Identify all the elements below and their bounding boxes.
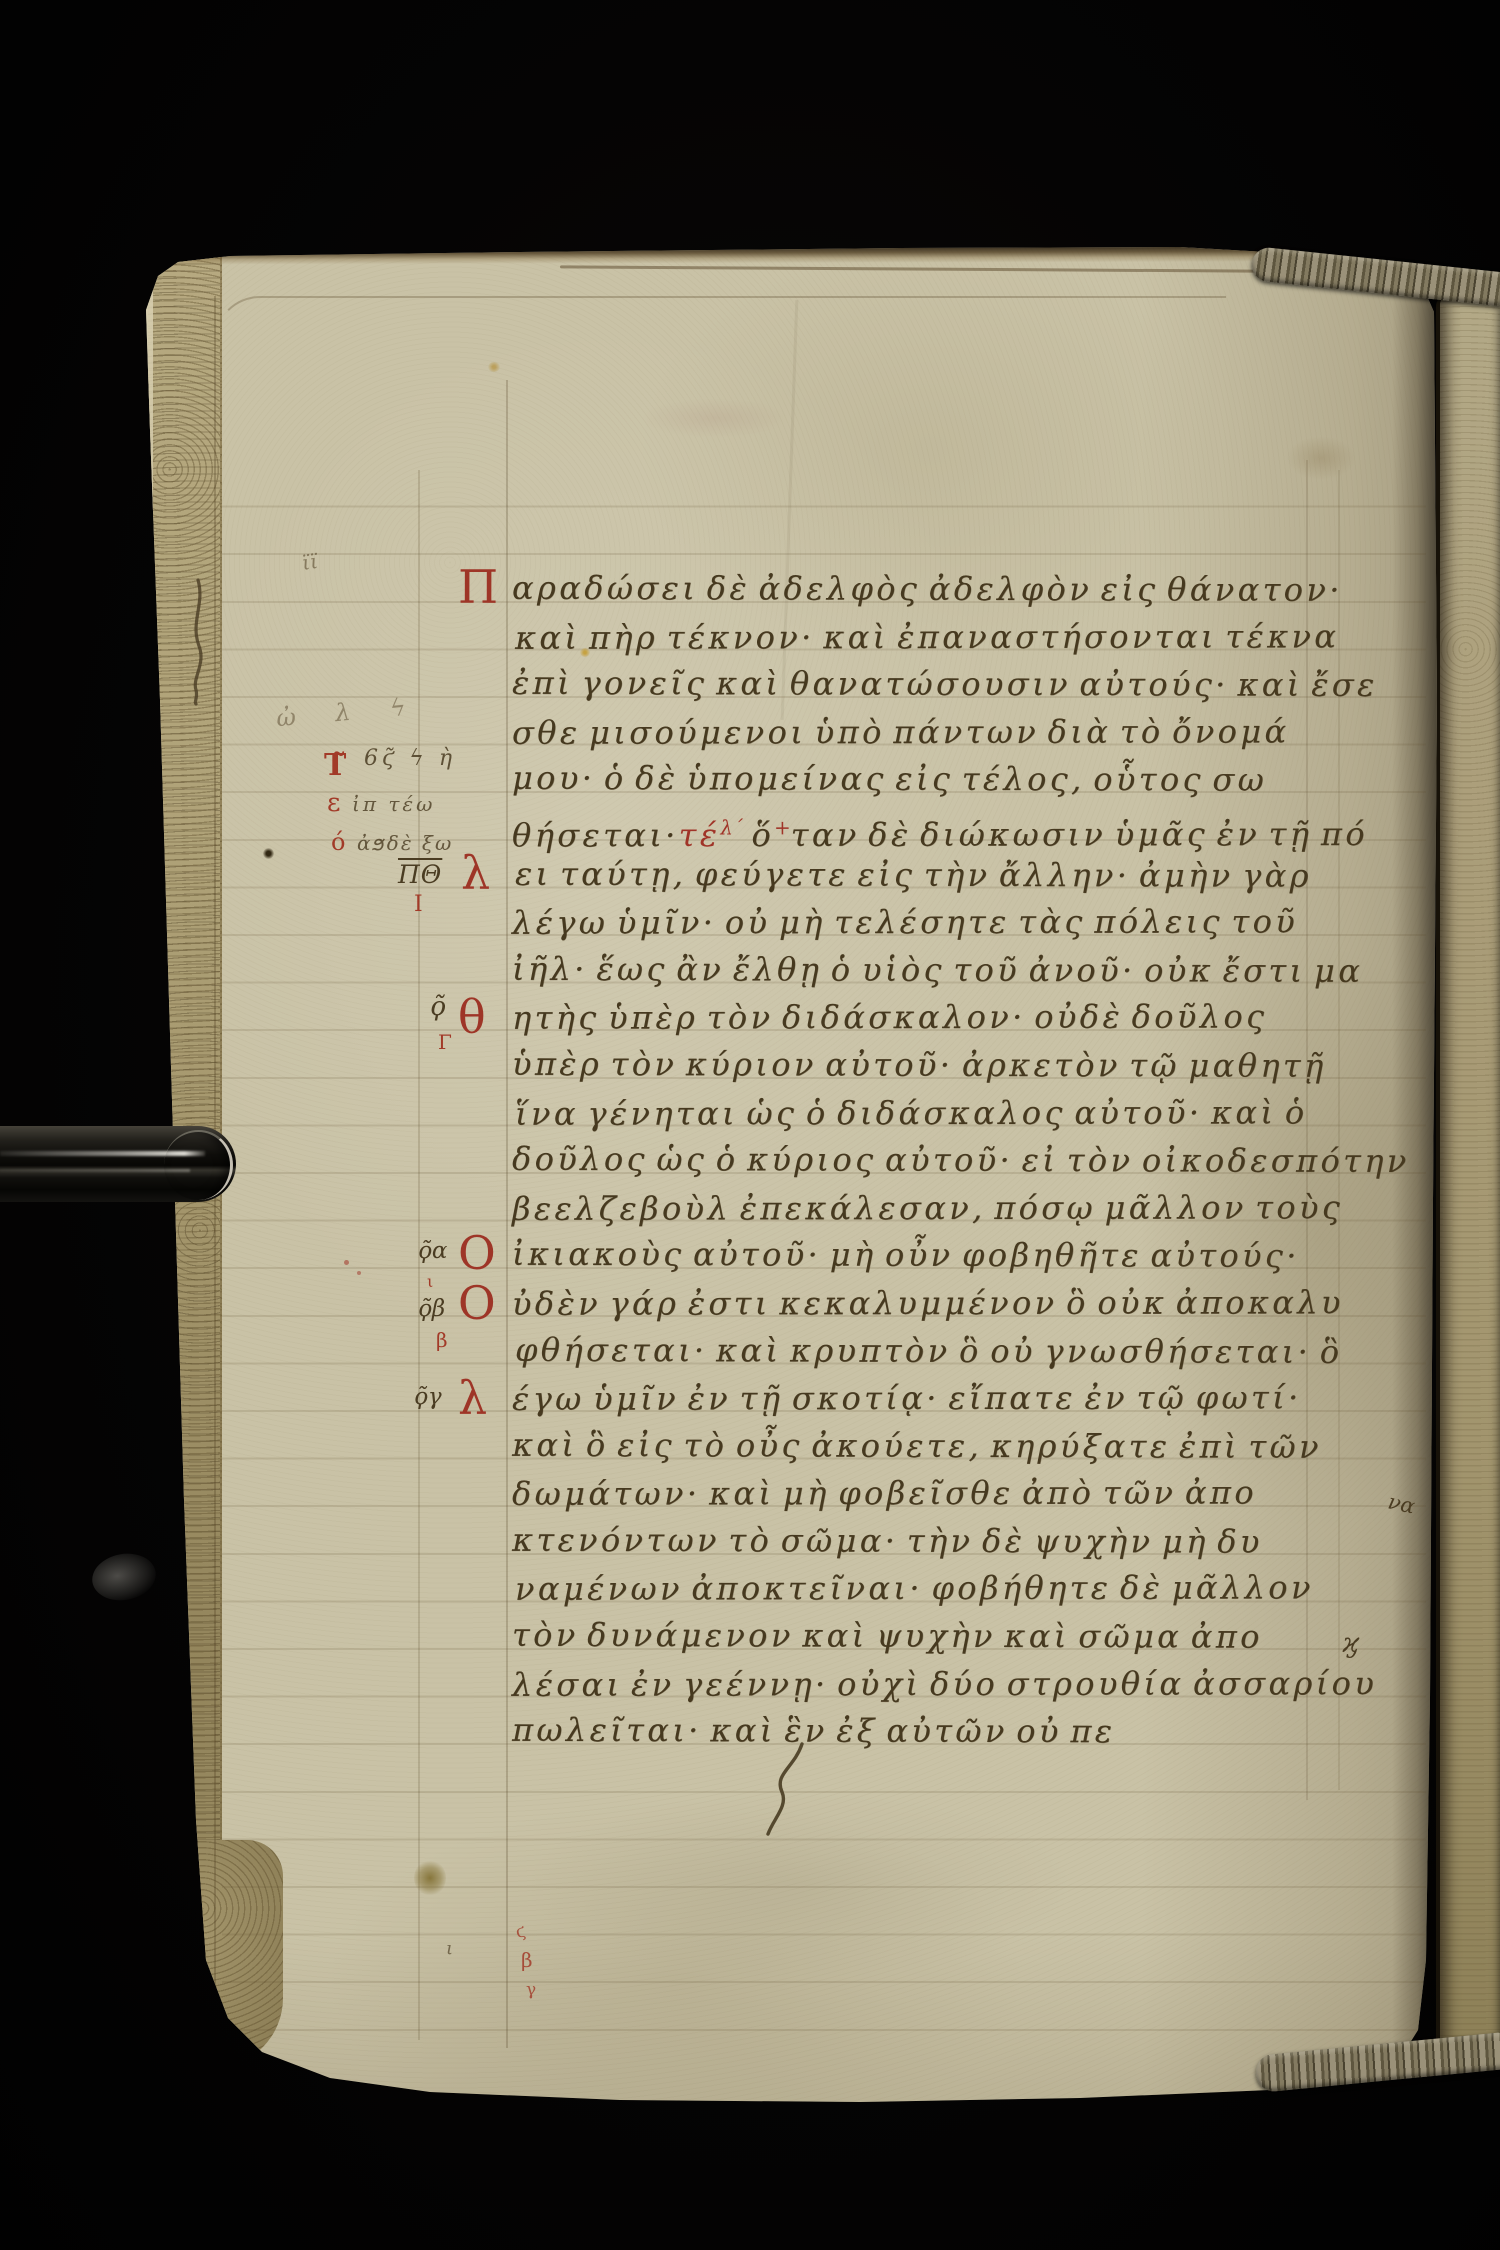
stain-spot bbox=[263, 848, 274, 859]
telos-mark: τέ bbox=[679, 816, 721, 854]
text-line: βεελζεβοὺλ ἐπεκάλεσαν, πόσῳ μᾶλλον τοὺς bbox=[512, 1184, 1452, 1233]
telos-superscript: λ΄ bbox=[720, 816, 743, 839]
stain-spot bbox=[1286, 436, 1356, 480]
stain-spot bbox=[488, 362, 500, 372]
adjacent-page-edge bbox=[1436, 296, 1500, 2062]
text-line: ἰῆλ· ἕως ἂν ἔλθῃ ὁ υἱὸς τοῦ ἀνοῦ· οὐκ ἔσ… bbox=[512, 946, 1452, 996]
text-line-with-lection-marks: θήσεται·τέλ΄ ὅ+ταν δὲ διώκωσιν ὑμᾶς ἐν τ… bbox=[512, 803, 1452, 852]
text-line: θητὴς ὑπὲρ τὸν διδάσκαλον· οὐδὲ δοῦλος bbox=[512, 994, 1452, 1043]
text-line: μου· ὁ δὲ ὑπομείνας εἰς τέλος, οὗτος σω bbox=[512, 755, 1452, 805]
line-text: τὸν δυνάμενον καὶ ψυχὴν καὶ σῶμα ἀπο bbox=[512, 1616, 1263, 1656]
text-line: τὸν δυνάμενον καὶ ψυχὴν καὶ σῶμα ἀπο bbox=[512, 1612, 1452, 1662]
eusebian-canon-number: ι bbox=[427, 1272, 433, 1291]
line-text: αραδώσει δὲ ἀδελφὸς ἀδελφὸν εἰς θάνατον· bbox=[512, 569, 1343, 609]
rod-tip bbox=[164, 1130, 233, 1200]
faded-margin-mark: ϊϊ bbox=[300, 549, 319, 575]
right-margin-gloss: ϗ bbox=[1342, 1628, 1359, 1659]
line-text: κτενόντων τὸ σῶμα· τὴν δὲ ψυχὴν μὴ δυ bbox=[512, 1521, 1263, 1561]
text-line: σθε μισούμενοι ὑπὸ πάντων διὰ τὸ ὄνομά bbox=[512, 708, 1452, 757]
quire-signature: β bbox=[521, 1948, 533, 1972]
eusebian-canon-number: Γ bbox=[438, 1030, 452, 1054]
liturgical-note-rubric: ε bbox=[327, 788, 340, 818]
quire-signature: ι bbox=[446, 1938, 453, 1959]
line-text: δοῦλος ὡς ὁ κύριος αὐτοῦ· εἰ τὸν οἰκοδεσ… bbox=[512, 1140, 1410, 1180]
line-text: σθε μισούμενοι ὑπὸ πάντων διὰ τὸ ὄνομά bbox=[512, 712, 1290, 751]
line-text: ναμένων ἀποκτεῖναι· φοβήθητε δὲ μᾶλλον bbox=[515, 1569, 1314, 1608]
rubric-initial: λ bbox=[458, 1373, 508, 1423]
pen-flourish bbox=[762, 1742, 822, 1840]
text-line: ναμένων ἀποκτεῖναι· φοβήθητε δὲ μᾶλλον bbox=[515, 1565, 1452, 1614]
manuscript-photograph: Παραδώσει δὲ ἀδελφὸς ἀδελφὸν εἰς θάνατον… bbox=[0, 0, 1500, 2250]
lection-start-cross: + bbox=[774, 816, 791, 839]
glass-rod-glint bbox=[88, 1549, 159, 1605]
line-text: μου· ὁ δὲ ὑπομείνας εἰς τέλος, οὗτος σω bbox=[512, 759, 1267, 799]
line-text: λέγω ὑμῖν· οὐ μὴ τελέσητε τὰς πόλεις τοῦ bbox=[512, 903, 1298, 942]
page-top-edge bbox=[152, 244, 1434, 264]
text-line: κτενόντων τὸ σῶμα· τὴν δὲ ψυχὴν μὴ δυ bbox=[512, 1517, 1452, 1567]
text-line: πωλεῖται· καὶ ἓν ἐξ αὐτῶν οὐ πε bbox=[512, 1707, 1452, 1757]
red-ink-speck bbox=[344, 1260, 349, 1265]
liturgical-note-rubric: Τ̃ bbox=[324, 748, 346, 783]
line-text: ἵνα γένηται ὡς ὁ διδάσκαλος αὐτοῦ· καὶ ὁ bbox=[515, 1093, 1308, 1132]
stain-spot bbox=[414, 1860, 446, 1896]
line-text: έγω ὑμῖν ἐν τῇ σκοτίᾳ· εἴπατε ἐν τῷ φωτί… bbox=[512, 1379, 1302, 1418]
line-text: ητὴς ὑπὲρ τὸν διδάσκαλον· οὐδὲ δοῦλος bbox=[512, 998, 1268, 1037]
text-line: ἐπὶ γονεῖς καὶ θανατώσουσιν αὐτούς· καὶ … bbox=[512, 660, 1452, 710]
line-text: ει ταύτῃ, φεύγετε εἰς τὴν ἄλλην· ἀμὴν γὰ… bbox=[515, 854, 1312, 894]
red-ink-speck bbox=[357, 1271, 361, 1275]
text-line: Οἰκιακοὺς αὐτοῦ· μὴ οὖν φοβηθῆτε αὐτούς· bbox=[512, 1231, 1452, 1281]
rubric-initial: Π bbox=[458, 562, 508, 612]
text-line: φθήσεται· καὶ κρυπτὸν ὃ οὐ γνωσθήσεται· … bbox=[515, 1326, 1452, 1376]
text-line: δωμάτων· καὶ μὴ φοβεῖσθε ἀπὸ τῶν ἀπο bbox=[512, 1469, 1452, 1518]
line-text: θήσεται· bbox=[512, 816, 679, 854]
line-text: ὑπὲρ τὸν κύριον αὐτοῦ· ἀρκετὸν τῷ μαθητῇ bbox=[512, 1045, 1327, 1085]
text-line: λέγω ὑμῖν ἐν τῇ σκοτίᾳ· εἴπατε ἐν τῷ φωτ… bbox=[512, 1374, 1452, 1423]
liturgical-note-rubric: ό bbox=[331, 828, 345, 856]
ammonian-section-number: ϙ̃ bbox=[430, 992, 446, 1022]
rod-reflection-highlight bbox=[0, 1169, 190, 1172]
manuscript-page: Παραδώσει δὲ ἀδελφὸς ἀδελφὸν εἰς θάνατον… bbox=[0, 0, 1500, 2250]
line-text: ὅ bbox=[743, 816, 774, 854]
ammonian-section-number: ϙ̃α bbox=[418, 1238, 447, 1264]
text-line: ἵνα γένηται ὡς ὁ διδάσκαλος αὐτοῦ· καὶ ὁ bbox=[515, 1089, 1452, 1138]
quire-signature: γ bbox=[526, 1980, 536, 2000]
gutter-pen-mark bbox=[186, 578, 212, 706]
ruling-frame-corner bbox=[214, 296, 1226, 358]
text-line: δοῦλος ὡς ὁ κύριος αὐτοῦ· εἰ τὸν οἰκοδεσ… bbox=[512, 1136, 1452, 1186]
eusebian-canon-number: β bbox=[436, 1328, 448, 1352]
line-text: καὶ ὃ εἰς τὸ οὖς ἀκούετε, κηρύξατε ἐπὶ τ… bbox=[512, 1426, 1322, 1466]
rubric-initial: Ο bbox=[458, 1228, 508, 1278]
line-text: βεελζεβοὺλ ἐπεκάλεσαν, πόσῳ μᾶλλον τοὺς bbox=[512, 1188, 1343, 1227]
line-text: ταν δὲ διώκωσιν ὑμᾶς ἐν τῇ πό bbox=[791, 815, 1368, 854]
text-line: λέσαι ἐν γεέννῃ· οὐχὶ δύο στρουθία ἀσσαρ… bbox=[512, 1660, 1452, 1709]
liturgical-note: ἰπ τέω bbox=[352, 792, 435, 816]
show-through-smudge bbox=[640, 398, 790, 438]
text-line: Οὐδὲν γάρ ἐστι κεκαλυμμένον ὃ οὐκ ἀποκαλ… bbox=[512, 1279, 1452, 1328]
text-block: Παραδώσει δὲ ἀδελφὸς ἀδελφὸν εἰς θάνατον… bbox=[512, 566, 1452, 1756]
ruling-line-vertical bbox=[506, 380, 508, 2048]
glass-page-weight-rod bbox=[0, 1126, 236, 1202]
text-line: Παραδώσει δὲ ἀδελφὸς ἀδελφὸν εἰς θάνατον… bbox=[512, 565, 1452, 615]
text-line: ὑπὲρ τὸν κύριον αὐτοῦ· ἀρκετὸν τῷ μαθητῇ bbox=[512, 1041, 1452, 1091]
line-text: ὐδὲν γάρ ἐστι κεκαλυμμένον ὃ οὐκ ἀποκαλυ bbox=[512, 1283, 1344, 1322]
line-text: ἰῆλ· ἕως ἂν ἔλθῃ ὁ υἱὸς τοῦ ἀνοῦ· οὐκ ἔσ… bbox=[512, 950, 1363, 990]
line-text: ἐπὶ γονεῖς καὶ θανατώσουσιν αὐτούς· καὶ … bbox=[512, 664, 1378, 704]
line-text: λέσαι ἐν γεέννῃ· οὐχὶ δύο στρουθία ἀσσαρ… bbox=[512, 1664, 1377, 1704]
rubric-initial: λ bbox=[461, 847, 511, 897]
line-text: καὶ πὴρ τέκνον· καὶ ἐπαναστήσονται τέκνα bbox=[515, 617, 1339, 656]
rubric-initial: Ο bbox=[458, 1278, 508, 1328]
ammonian-section-number: ΠΘ bbox=[398, 860, 442, 889]
eusebian-canon-number: Ι bbox=[414, 892, 423, 917]
text-line: λέγω ὑμῖν· οὐ μὴ τελέσητε τὰς πόλεις τοῦ bbox=[512, 898, 1452, 947]
rubric-initial: θ bbox=[458, 992, 508, 1042]
liturgical-note: 6ϛ̃ ϟ ὴ bbox=[364, 746, 456, 771]
ammonian-section-number: ϙ̃β bbox=[418, 1296, 445, 1322]
line-text: φθήσεται· καὶ κρυπτὸν ὃ οὐ γνωσθήσεται· … bbox=[515, 1330, 1343, 1370]
text-line: λει ταύτῃ, φεύγετε εἰς τὴν ἄλλην· ἀμὴν γ… bbox=[515, 850, 1452, 900]
liturgical-note: ἀϧδὲ ξω bbox=[357, 831, 453, 855]
line-text: ἰκιακοὺς αὐτοῦ· μὴ οὖν φοβηθῆτε αὐτούς· bbox=[512, 1235, 1300, 1275]
ammonian-section-number: ϙ̃γ bbox=[414, 1384, 442, 1410]
line-text: δωμάτων· καὶ μὴ φοβεῖσθε ἀπὸ τῶν ἀπο bbox=[512, 1474, 1257, 1513]
text-line: καὶ ὃ εἰς τὸ οὖς ἀκούετε, κηρύξατε ἐπὶ τ… bbox=[512, 1422, 1452, 1472]
text-line: καὶ πὴρ τέκνον· καὶ ἐπαναστήσονται τέκνα bbox=[515, 613, 1452, 662]
